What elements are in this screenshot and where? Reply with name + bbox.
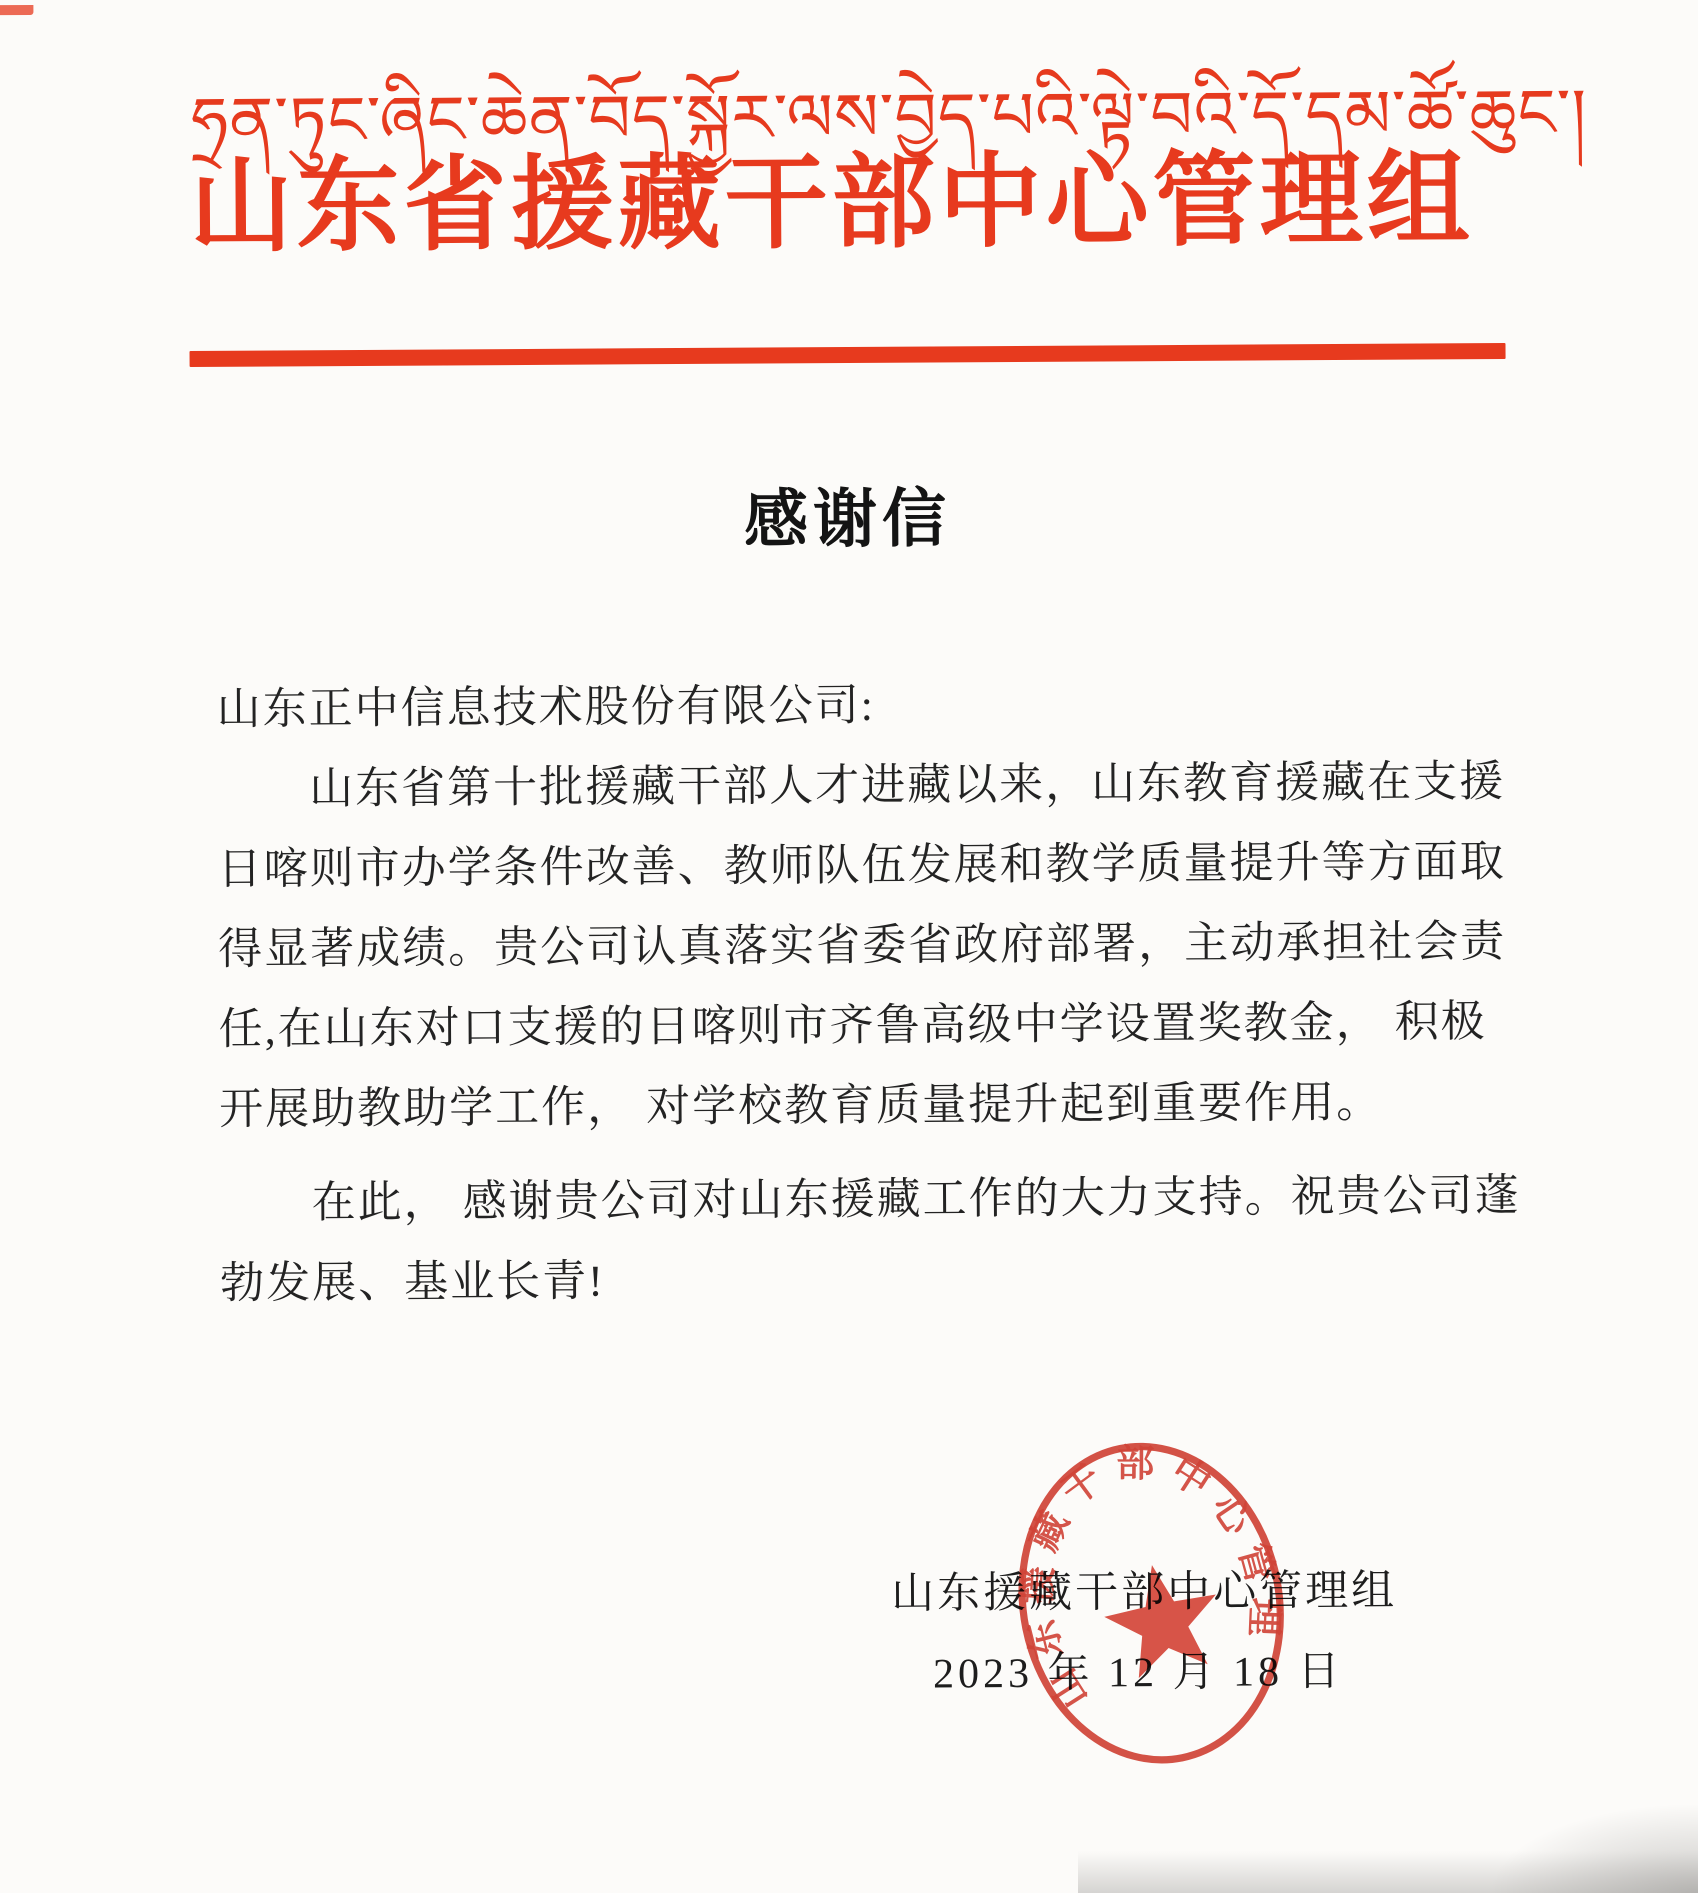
body-line: 在此， 感谢贵公司对山东援藏工作的大力支持。祝贵公司蓬 (219, 1156, 1511, 1244)
body-line: 得显著成绩。贵公司认真落实省委省政府部署，主动承担社会责 (218, 902, 1510, 990)
body-line: 日喀则市办学条件改善、教师队伍发展和教学质量提升等方面取 (217, 822, 1509, 910)
letterhead-org-name: 山东省援藏干部中心管理组 (189, 144, 1505, 265)
official-seal: 山东援藏干部中心管理组 (987, 1415, 1315, 1791)
letter-body: 山东正中信息技术股份有限公司: 山东省第十批援藏干部人才进藏以来，山东教育援藏在… (216, 662, 1512, 1324)
salutation: 山东正中信息技术股份有限公司: (216, 662, 1508, 750)
svg-text:山东援藏干部中心管理组: 山东援藏干部中心管理组 (987, 1415, 1301, 1725)
scan-tilt-wrapper: ཧྲན་ཏུང་ཞིང་ཆེན་བོད་སྐྱོར་ལས་བྱེད་པའི་ལྟ… (0, 0, 1698, 1893)
paragraph-2: 在此， 感谢贵公司对山东援藏工作的大力支持。祝贵公司蓬 勃发展、基业长青! (219, 1156, 1512, 1324)
body-line: 勃发展、基业长青! (220, 1236, 1512, 1324)
scanned-letter-page: ཧྲན་ཏུང་ཞིང་ཆེན་བོད་སྐྱོར་ལས་བྱེད་པའི་ལྟ… (0, 0, 1698, 1893)
body-line: 任,在山东对口支援的日喀则市齐鲁高级中学设置奖教金， 积极 (218, 982, 1510, 1070)
paragraph-1: 山东省第十批援藏干部人才进藏以来，山东教育援藏在支援 日喀则市办学条件改善、教师… (217, 742, 1511, 1150)
body-line: 开展助教助学工作， 对学校教育质量提升起到重要作用。 (219, 1062, 1511, 1150)
scan-corner-smudge (1488, 1803, 1698, 1893)
body-line: 山东省第十批援藏干部人才进藏以来，山东教育援藏在支援 (217, 742, 1509, 830)
letter-title: 感谢信 (0, 463, 1697, 565)
scan-red-corner-artifact (0, 5, 33, 15)
letterhead-divider-bar (190, 343, 1506, 367)
star-icon (1096, 1554, 1229, 1682)
seal-ring-text: 山东援藏干部中心管理组 (987, 1415, 1301, 1725)
